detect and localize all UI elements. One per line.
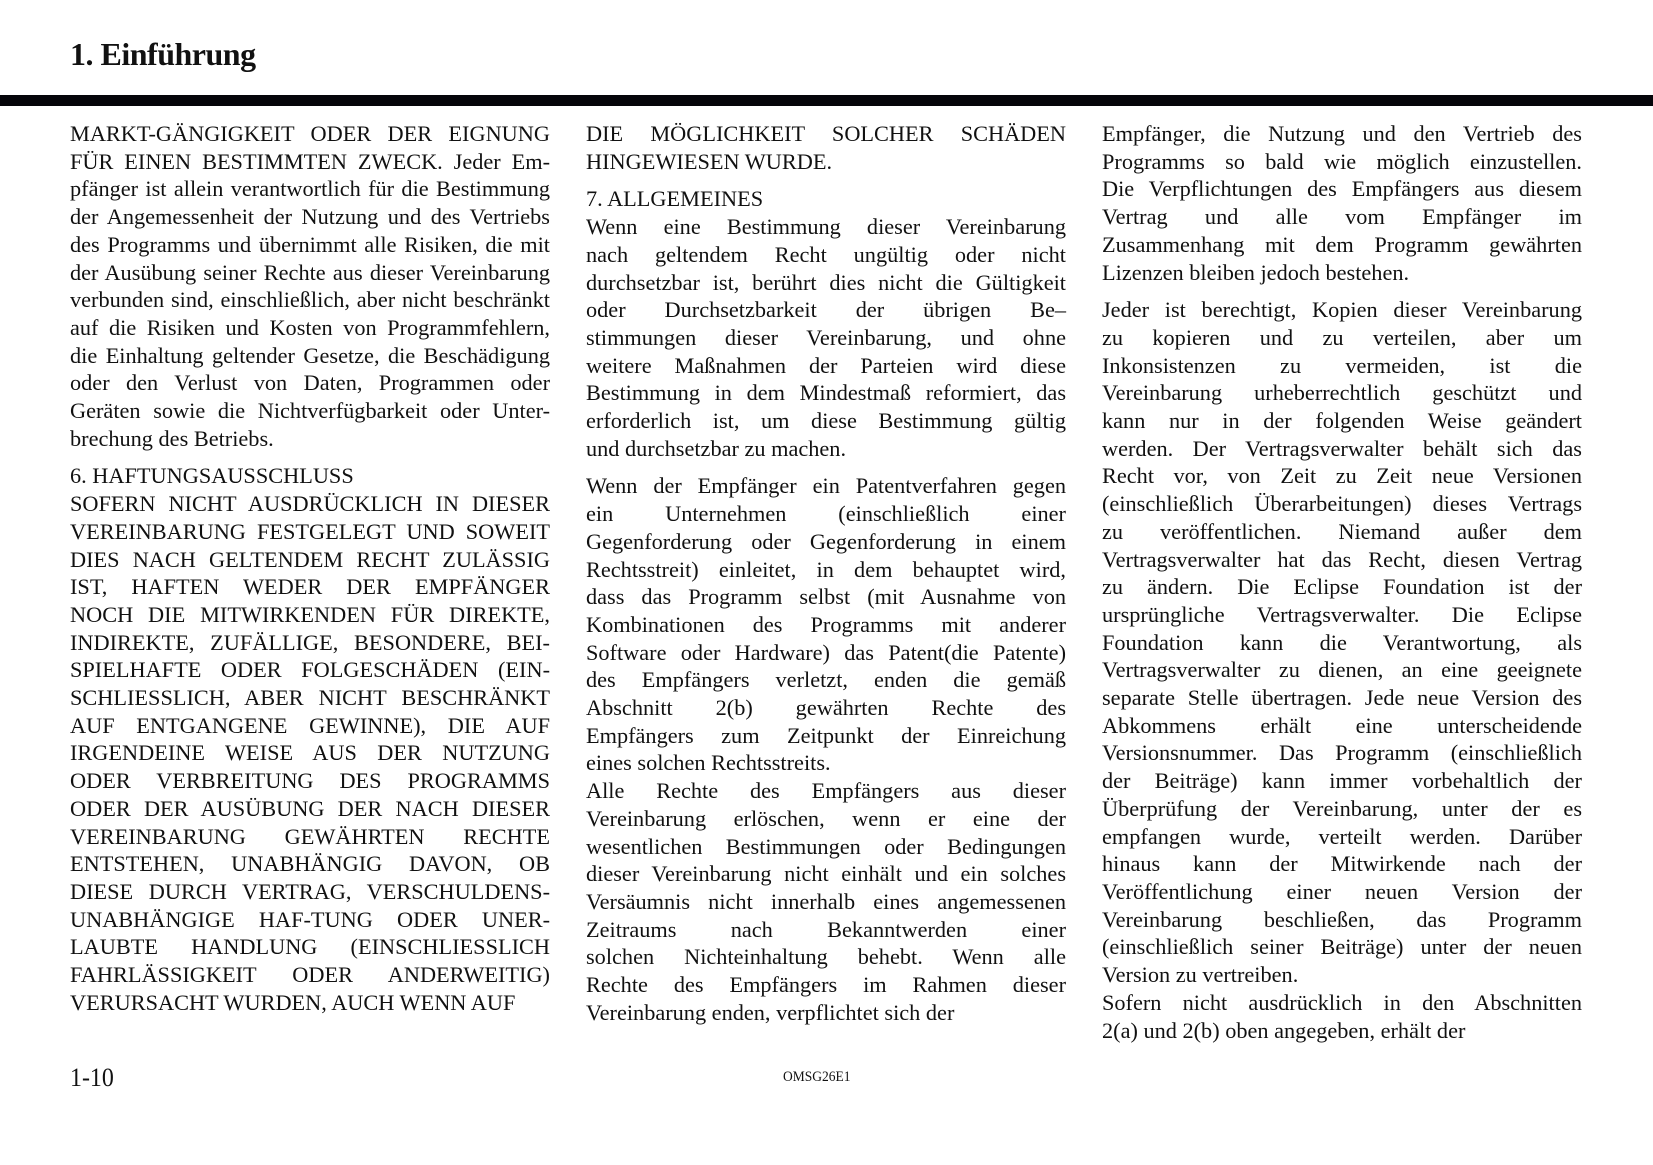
text-line: eines solchen Rechtsstreits. — [586, 749, 1066, 777]
text-line: Empfänger, die Nutzung und den Vertrieb … — [1102, 120, 1582, 148]
text-line: Lizenzen bleiben jedoch bestehen. — [1102, 259, 1582, 287]
text-line: ODER DER AUSÜBUNG DER NACH DIESER — [70, 795, 550, 823]
text-line: zu ändern. Die Eclipse Foundation ist de… — [1102, 573, 1582, 601]
text-line: FAHRLÄSSIGKEIT ODER ANDERWEITIG) — [70, 961, 550, 989]
text-line: zu kopieren und zu verteilen, aber um — [1102, 324, 1582, 352]
text-line: auf die Risiken und Kosten von Programmf… — [70, 314, 550, 342]
text-line: weitere Maßnahmen der Parteien wird dies… — [586, 352, 1066, 380]
text-line: erforderlich ist, um diese Bestimmung gü… — [586, 407, 1066, 435]
text-line: Gegenforderung oder Gegenforderung in ei… — [586, 528, 1066, 556]
text-line: dieser Vereinbarung nicht einhält und ei… — [586, 860, 1066, 888]
text-line: Software oder Hardware) das Patent(die P… — [586, 639, 1066, 667]
text-column-1: MARKT-GÄNGIGKEIT ODER DER EIGNUNGFÜR EIN… — [70, 120, 550, 1017]
text-line: brechung des Betriebs. — [70, 425, 550, 453]
text-line: Zeitraums nach Bekanntwerden einer — [586, 916, 1066, 944]
text-line: 2(a) und 2(b) oben angegeben, erhält der — [1102, 1017, 1582, 1045]
text-line: ENTSTEHEN, UNABHÄNGIG DAVON, OB — [70, 850, 550, 878]
text-line: IST, HAFTEN WEDER DER EMPFÄNGER — [70, 573, 550, 601]
text-line: IRGENDEINE WEISE AUS DER NUTZUNG — [70, 739, 550, 767]
text-line: Geräten sowie die Nichtverfügbarkeit ode… — [70, 397, 550, 425]
text-line: Abschnitt 2(b) gewährten Rechte des — [586, 694, 1066, 722]
text-line: solchen Nichteinhaltung behebt. Wenn all… — [586, 943, 1066, 971]
text-line: Abkommens erhält eine unterscheidende — [1102, 712, 1582, 740]
text-line: VEREINBARUNG FESTGELEGT UND SOWEIT — [70, 518, 550, 546]
paragraph: Jeder ist berechtigt, Kopien dieser Vere… — [1102, 296, 1582, 989]
paragraph: Wenn der Empfänger ein Patentverfahren g… — [586, 472, 1066, 777]
text-line: empfangen wurde, verteilt werden. Darübe… — [1102, 823, 1582, 851]
text-line: Vereinbarung enden, verpflichtet sich de… — [586, 999, 1066, 1027]
text-line: hinaus kann der Mitwirkende nach der — [1102, 850, 1582, 878]
text-line: und durchsetzbar zu machen. — [586, 435, 1066, 463]
text-column-2: DIE MÖGLICHKEIT SOLCHER SCHÄDENHINGEWIES… — [586, 120, 1066, 1027]
text-line: zu veröffentlichen. Niemand außer dem — [1102, 518, 1582, 546]
text-line: Version zu vertreiben. — [1102, 961, 1582, 989]
text-line: SOFERN NICHT AUSDRÜCKLICH IN DIESER — [70, 490, 550, 518]
text-column-3: Empfänger, die Nutzung und den Vertrieb … — [1102, 120, 1582, 1044]
text-line: Versionsnummer. Das Programm (einschließ… — [1102, 739, 1582, 767]
text-line: Zusammenhang mit dem Programm gewährten — [1102, 231, 1582, 259]
text-line: ein Unternehmen (einschließlich einer — [586, 500, 1066, 528]
text-line: Rechtsstreit) einleitet, in dem behaupte… — [586, 556, 1066, 584]
text-line: Überprüfung der Vereinbarung, unter der … — [1102, 795, 1582, 823]
text-line: (einschließlich Überarbeitungen) dieses … — [1102, 490, 1582, 518]
text-line: pfänger ist allein verantwortlich für di… — [70, 175, 550, 203]
text-line: Vereinbarung urheberrechtlich geschützt … — [1102, 379, 1582, 407]
text-line: MARKT-GÄNGIGKEIT ODER DER EIGNUNG — [70, 120, 550, 148]
text-line: nach geltendem Recht ungültig oder nicht — [586, 241, 1066, 269]
text-line: Foundation kann die Verantwortung, als — [1102, 629, 1582, 657]
paragraph: Empfänger, die Nutzung und den Vertrieb … — [1102, 120, 1582, 286]
text-line: der Angemessenheit der Nutzung und des V… — [70, 203, 550, 231]
section-heading: 6. HAFTUNGSAUSSCHLUSS — [70, 462, 550, 490]
paragraph: Alle Rechte des Empfängers aus dieserVer… — [586, 777, 1066, 1026]
text-line: werden. Der Vertragsverwalter behält sic… — [1102, 435, 1582, 463]
text-line: Wenn der Empfänger ein Patentverfahren g… — [586, 472, 1066, 500]
text-line: FÜR EINEN BESTIMMTEN ZWECK. Jeder Em- — [70, 148, 550, 176]
text-line: dass das Programm selbst (mit Ausnahme v… — [586, 583, 1066, 611]
text-line: Jeder ist berechtigt, Kopien dieser Vere… — [1102, 296, 1582, 324]
text-line: des Programms und übernimmt alle Risiken… — [70, 231, 550, 259]
text-line: oder Durchsetzbarkeit der übrigen Be– — [586, 296, 1066, 324]
text-line: DIE MÖGLICHKEIT SOLCHER SCHÄDEN — [586, 120, 1066, 148]
paragraph: DIE MÖGLICHKEIT SOLCHER SCHÄDENHINGEWIES… — [586, 120, 1066, 175]
text-line: UNABHÄNGIGE HAF-TUNG ODER UNER- — [70, 906, 550, 934]
text-line: SCHLIESSLICH, ABER NICHT BESCHRÄNKT — [70, 684, 550, 712]
text-line: SPIELHAFTE ODER FOLGESCHÄDEN (EIN- — [70, 656, 550, 684]
text-line: (einschließlich seiner Beiträge) unter d… — [1102, 933, 1582, 961]
text-line: wesentlichen Bestimmungen oder Bedingung… — [586, 833, 1066, 861]
text-line: Sofern nicht ausdrücklich in den Abschni… — [1102, 989, 1582, 1017]
text-line: Rechte des Empfängers im Rahmen dieser — [586, 971, 1066, 999]
text-line: separate Stelle übertragen. Jede neue Ve… — [1102, 684, 1582, 712]
text-line: AUF ENTGANGENE GEWINNE), DIE AUF — [70, 712, 550, 740]
paragraph: Sofern nicht ausdrücklich in den Abschni… — [1102, 989, 1582, 1044]
paragraph: SOFERN NICHT AUSDRÜCKLICH IN DIESERVEREI… — [70, 490, 550, 1016]
document-code: OMSG26E1 — [783, 1069, 851, 1086]
text-line: Programms so bald wie möglich einzustell… — [1102, 148, 1582, 176]
paragraph: MARKT-GÄNGIGKEIT ODER DER EIGNUNGFÜR EIN… — [70, 120, 550, 452]
text-line: des Empfängers verletzt, enden die gemäß — [586, 666, 1066, 694]
text-line: der Ausübung seiner Rechte aus dieser Ve… — [70, 259, 550, 287]
text-line: Kombinationen des Programms mit anderer — [586, 611, 1066, 639]
text-line: DIES NACH GELTENDEM RECHT ZULÄSSIG — [70, 546, 550, 574]
text-line: Wenn eine Bestimmung dieser Vereinbarung — [586, 213, 1066, 241]
text-line: die Einhaltung geltender Gesetze, die Be… — [70, 342, 550, 370]
text-line: durchsetzbar ist, berührt dies nicht die… — [586, 269, 1066, 297]
text-line: ODER VERBREITUNG DES PROGRAMMS — [70, 767, 550, 795]
text-line: NOCH DIE MITWIRKENDEN FÜR DIREKTE, — [70, 601, 550, 629]
text-line: VERURSACHT WURDEN, AUCH WENN AUF — [70, 989, 550, 1017]
text-line: VEREINBARUNG GEWÄHRTEN RECHTE — [70, 823, 550, 851]
text-line: Vereinbarung beschließen, das Programm — [1102, 906, 1582, 934]
text-line: Empfängers zum Zeitpunkt der Einreichung — [586, 722, 1066, 750]
text-line: Versäumnis nicht innerhalb eines angemes… — [586, 888, 1066, 916]
text-line: oder den Verlust von Daten, Programmen o… — [70, 369, 550, 397]
page-title: 1. Einführung — [70, 36, 256, 73]
text-line: Recht vor, von Zeit zu Zeit neue Version… — [1102, 462, 1582, 490]
section-heading: 7. ALLGEMEINES — [586, 185, 1066, 213]
text-line: Vertragsverwalter zu dienen, an eine gee… — [1102, 656, 1582, 684]
paragraph: Wenn eine Bestimmung dieser Vereinbarung… — [586, 213, 1066, 462]
text-line: Inkonsistenzen zu vermeiden, ist die — [1102, 352, 1582, 380]
text-line: HINGEWIESEN WURDE. — [586, 148, 1066, 176]
text-line: verbunden sind, einschließlich, aber nic… — [70, 286, 550, 314]
text-line: DIESE DURCH VERTRAG, VERSCHULDENS- — [70, 878, 550, 906]
text-line: Vertragsverwalter hat das Recht, diesen … — [1102, 546, 1582, 574]
text-line: Vertrag und alle vom Empfänger im — [1102, 203, 1582, 231]
title-divider-rule — [0, 95, 1653, 106]
text-line: Die Verpflichtungen des Empfängers aus d… — [1102, 175, 1582, 203]
text-line: Alle Rechte des Empfängers aus dieser — [586, 777, 1066, 805]
text-line: Veröffentlichung einer neuen Version der — [1102, 878, 1582, 906]
text-line: Vereinbarung erlöschen, wenn er eine der — [586, 805, 1066, 833]
text-line: stimmungen dieser Vereinbarung, und ohne — [586, 324, 1066, 352]
text-line: INDIREKTE, ZUFÄLLIGE, BESONDERE, BEI- — [70, 629, 550, 657]
text-line: Bestimmung in dem Mindestmaß reformiert,… — [586, 379, 1066, 407]
text-line: LAUBTE HANDLUNG (EINSCHLIESSLICH — [70, 933, 550, 961]
text-line: ursprüngliche Vertragsverwalter. Die Ecl… — [1102, 601, 1582, 629]
page-number: 1-10 — [70, 1063, 114, 1093]
text-line: kann nur in der folgenden Weise geändert — [1102, 407, 1582, 435]
text-line: der Beiträge) kann immer vorbehaltlich d… — [1102, 767, 1582, 795]
